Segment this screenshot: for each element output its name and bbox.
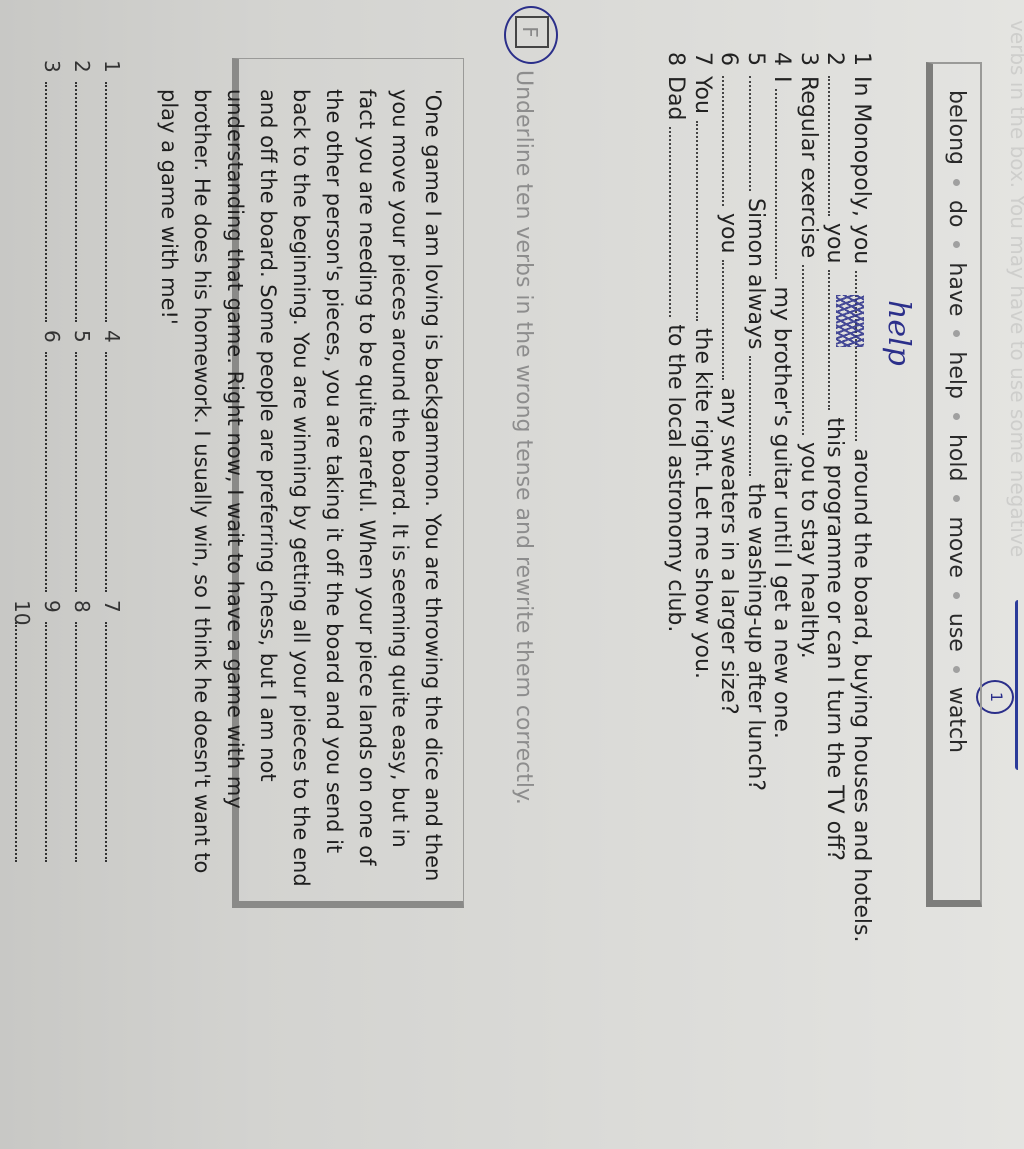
word-box-item: help: [944, 351, 969, 399]
dotted-answer-field[interactable]: [45, 82, 59, 322]
answer-line[interactable]: 4: [100, 330, 124, 592]
sentence-text: any sweaters in a larger size?: [717, 380, 742, 714]
sentence-text: In Monopoly, you: [849, 76, 874, 271]
answer-line[interactable]: 5: [70, 330, 94, 592]
dotted-answer-field[interactable]: [45, 352, 59, 592]
dotted-answer-field[interactable]: [105, 622, 119, 862]
worksheet-page: verbs in the box. You may have to use so…: [0, 0, 1024, 1149]
sentence-number: 8: [664, 52, 689, 76]
bullet-separator: [953, 413, 960, 420]
sentence-text: you: [717, 206, 742, 260]
word-box-item: watch: [944, 687, 969, 753]
answer-line[interactable]: 8: [70, 600, 94, 862]
sentence-text: you: [823, 216, 848, 270]
sentence-text: I: [770, 76, 795, 89]
sentence-text: Simon always: [743, 191, 768, 356]
section-f-label: F: [515, 16, 549, 48]
answer-blank[interactable]: [829, 76, 845, 216]
bullet-separator: [953, 666, 960, 673]
sentence-number: 3: [796, 52, 821, 76]
answer-number: 4: [100, 330, 124, 352]
answer-blank[interactable]: [723, 76, 739, 206]
answer-line[interactable]: 1: [100, 60, 124, 322]
sentence-number: 6: [717, 52, 742, 76]
word-box-item: use: [944, 613, 969, 652]
exercise-f-instruction: Underline ten verbs in the wrong tense a…: [511, 70, 536, 805]
exercise-sentence: 6 you any sweaters in a larger size?: [717, 52, 742, 715]
dotted-answer-field[interactable]: [105, 352, 119, 592]
sentence-number: 1: [849, 52, 874, 76]
handwritten-underline: [1015, 600, 1024, 770]
word-box-item: have: [944, 262, 969, 316]
exercise-sentence: 3Regular exercise you to stay healthy.: [796, 52, 821, 659]
answer-number: 8: [70, 600, 94, 622]
sentence-text: Regular exercise: [796, 76, 821, 265]
exercise-sentence: 2 you this programme or can I turn the T…: [823, 52, 848, 861]
word-box-item: belong: [944, 90, 969, 165]
sentence-number: 7: [690, 52, 715, 76]
answer-number: 3: [40, 60, 64, 82]
word-box: belongdohavehelpholdmoveusewatch: [926, 62, 982, 907]
answer-line[interactable]: 3: [40, 60, 64, 322]
sentence-text: You: [690, 76, 715, 121]
crossed-out-handwriting: [836, 295, 864, 347]
answer-number: 10: [10, 600, 34, 622]
passage-box: 'One game I am loving is backgammon. You…: [232, 58, 464, 908]
exercise-sentence: 7You the kite right. Let me show you.: [690, 52, 715, 679]
sentence-text: this programme or can I turn the TV off?: [823, 410, 848, 861]
answer-blank[interactable]: [802, 265, 818, 435]
dotted-answer-field[interactable]: [105, 82, 119, 322]
answer-line[interactable]: 9: [40, 600, 64, 862]
answer-line[interactable]: 2: [70, 60, 94, 322]
dotted-answer-field[interactable]: [75, 82, 89, 322]
sentence-text: Dad: [664, 76, 689, 127]
dotted-answer-field[interactable]: [15, 622, 29, 862]
bullet-separator: [953, 241, 960, 248]
sentence-text: the kite right. Let me show you.: [690, 321, 715, 679]
answer-blank[interactable]: [723, 260, 739, 380]
sentence-number: 2: [823, 52, 848, 76]
bullet-separator: [953, 592, 960, 599]
answer-blank[interactable]: [749, 356, 765, 476]
exercise-sentence: 1In Monopoly, you around the board, buyi…: [849, 52, 874, 942]
sentence-text: around the board, buying houses and hote…: [849, 441, 874, 942]
exercise-sentence: 5 Simon always the washing-up after lunc…: [743, 52, 768, 791]
answer-blank[interactable]: [696, 121, 712, 321]
answer-number: 1: [100, 60, 124, 82]
answer-blank[interactable]: [776, 89, 792, 279]
answer-number: 6: [40, 330, 64, 352]
sentence-number: 4: [770, 52, 795, 76]
sentence-number: 5: [743, 52, 768, 76]
handwritten-answer: help: [881, 300, 916, 366]
answer-line[interactable]: 6: [40, 330, 64, 592]
sentence-text: my brother's guitar until I get a new on…: [770, 279, 795, 738]
answer-number: 7: [100, 600, 124, 622]
dotted-answer-field[interactable]: [45, 622, 59, 862]
dotted-answer-field[interactable]: [75, 622, 89, 862]
dotted-answer-field[interactable]: [75, 352, 89, 592]
bullet-separator: [953, 179, 960, 186]
answer-line[interactable]: 7: [100, 600, 124, 862]
word-box-item: move: [944, 516, 969, 577]
sentence-text: to the local astronomy club.: [664, 317, 689, 632]
sentence-text: the washing-up after lunch?: [743, 476, 768, 791]
answer-line[interactable]: 10: [10, 600, 34, 862]
bullet-separator: [953, 330, 960, 337]
answer-number: 2: [70, 60, 94, 82]
answer-blank[interactable]: [670, 127, 686, 317]
word-box-item: do: [944, 200, 969, 227]
exercise-sentence: 4I my brother's guitar until I get a new…: [770, 52, 795, 739]
answer-number: 9: [40, 600, 64, 622]
word-box-item: hold: [944, 434, 969, 481]
answer-blank[interactable]: [749, 76, 765, 191]
answer-number: 5: [70, 330, 94, 352]
bullet-separator: [953, 495, 960, 502]
passage-text: 'One game I am loving is backgammon. You…: [152, 89, 449, 891]
exercise-sentence: 8Dad to the local astronomy club.: [664, 52, 689, 632]
sentence-text: you to stay healthy.: [796, 435, 821, 659]
cropped-instruction-text: verbs in the box. You may have to use so…: [1006, 20, 1024, 557]
